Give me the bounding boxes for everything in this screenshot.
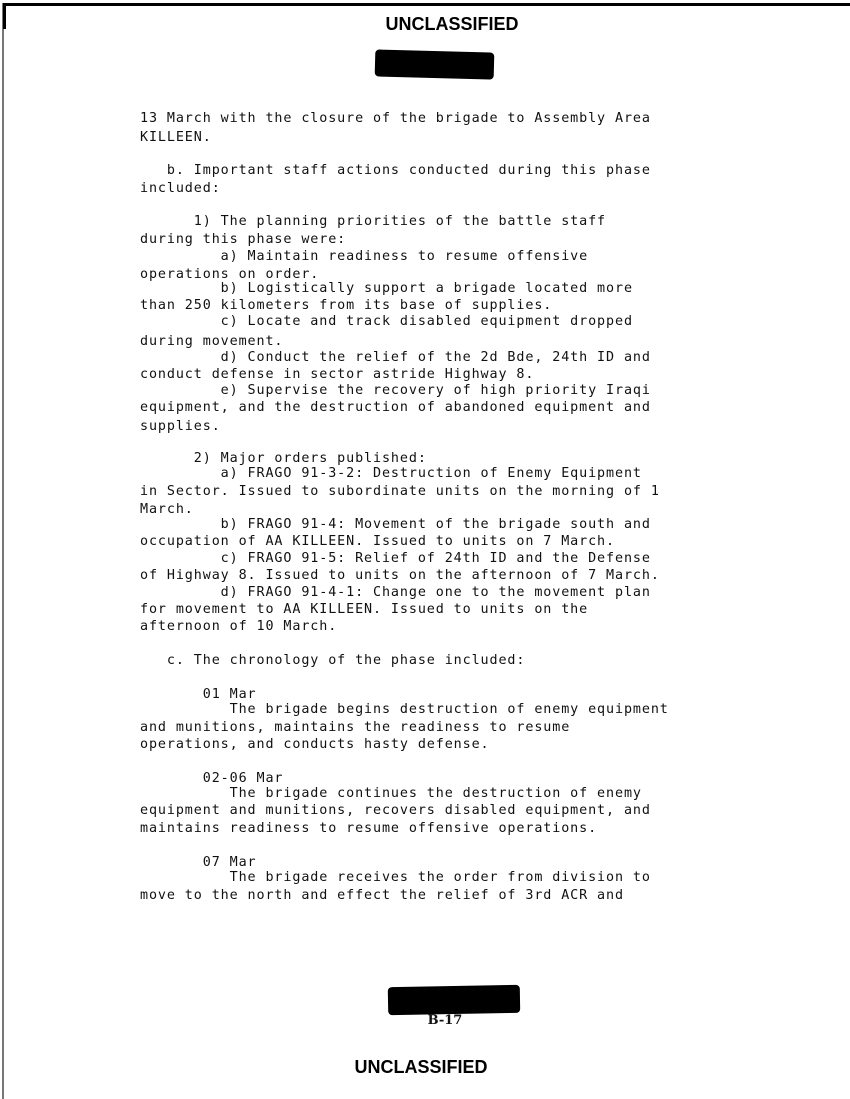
page-top-border: [2, 3, 850, 6]
document-line: during this phase were:: [140, 231, 346, 249]
document-line: b. Important staff actions conducted dur…: [140, 162, 651, 180]
document-line: c) FRAGO 91-5: Relief of 24th ID and the…: [140, 550, 651, 568]
page-number-text: B-17: [428, 1013, 463, 1028]
document-line: The brigade continues the destruction of…: [140, 785, 642, 803]
footer-redaction-block: [388, 985, 520, 1015]
document-line: move to the north and effect the relief …: [140, 887, 624, 905]
document-line: maintains readiness to resume offensive …: [140, 820, 597, 838]
document-line: and munitions, maintains the readiness t…: [140, 719, 570, 737]
header-classification-marking: UNCLASSIFIED: [0, 14, 850, 35]
page-left-border: [2, 3, 4, 1099]
document-line: a) Maintain readiness to resume offensiv…: [140, 248, 588, 266]
document-line: d) Conduct the relief of the 2d Bde, 24t…: [140, 349, 651, 367]
document-line: equipment, and the destruction of abando…: [140, 399, 651, 417]
header-redaction-block: [375, 49, 495, 79]
document-line: of Highway 8. Issued to units on the aft…: [140, 567, 660, 585]
footer-classification-text: UNCLASSIFIED: [354, 1057, 487, 1078]
document-line: The brigade receives the order from divi…: [140, 869, 651, 887]
page-number: B-17: [0, 1013, 850, 1028]
document-line: e) Supervise the recovery of high priori…: [140, 382, 651, 400]
document-line: KILLEEN.: [140, 129, 212, 147]
document-line: b) FRAGO 91-4: Movement of the brigade s…: [140, 516, 651, 534]
document-line: d) FRAGO 91-4-1: Change one to the movem…: [140, 584, 651, 602]
document-line: afternoon of 10 March.: [140, 618, 337, 636]
document-line: in Sector. Issued to subordinate units o…: [140, 483, 660, 501]
footer-classification-marking: UNCLASSIFIED: [0, 1057, 850, 1078]
document-line: occupation of AA KILLEEN. Issued to unit…: [140, 533, 615, 551]
document-line: 13 March with the closure of the brigade…: [140, 110, 651, 128]
document-line: supplies.: [140, 418, 221, 436]
document-line: for movement to AA KILLEEN. Issued to un…: [140, 601, 588, 619]
document-line: The brigade begins destruction of enemy …: [140, 701, 669, 719]
document-line: 1) The planning priorities of the battle…: [140, 213, 606, 231]
document-line: operations, and conducts hasty defense.: [140, 736, 490, 754]
document-line: c) Locate and track disabled equipment d…: [140, 313, 633, 331]
document-line: a) FRAGO 91-3-2: Destruction of Enemy Eq…: [140, 465, 642, 483]
document-line: included:: [140, 180, 221, 198]
header-classification-text: UNCLASSIFIED: [385, 14, 518, 35]
document-line: b) Logistically support a brigade locate…: [140, 280, 633, 298]
document-line: c. The chronology of the phase included:: [140, 652, 525, 670]
document-line: equipment and munitions, recovers disabl…: [140, 802, 651, 820]
